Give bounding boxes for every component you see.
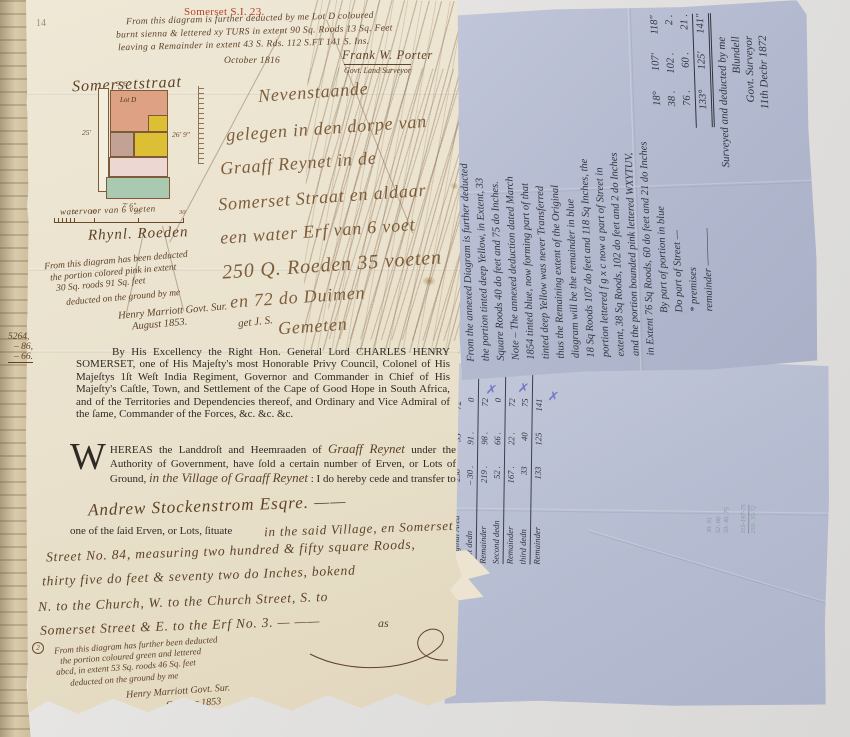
dimension-left: 25' [82,128,91,137]
note-marker: 2 [32,642,44,654]
blue-1872-page: From the annexed Diagram is further dedu… [446,0,821,380]
note-1872-region: From the annexed Diagram is further dedu… [452,10,812,366]
plot-pink [109,157,168,177]
ledger-number: 5264, [8,332,33,342]
dimension-right: 26' 9″ [172,130,190,139]
surveyor-signature: Frank W. Porter [342,48,433,63]
lot-d-label: Lot D [120,96,136,104]
surveyor-title: Govt. Land Surveyor [344,64,411,75]
pencil-notes: 30. 91 52- 66 33- 40. 75 115-197-75 250-… [706,461,753,534]
scale-tick: 30 [179,209,186,216]
situate-cursive: Street No. 84, measuring two hundred & f… [46,537,416,566]
printed-text: one of the ſaid Erven, or Lots, ſituate [70,525,232,537]
blue-calc-page: ✗ ✗ ✗ Original Area250°35'72″ first dedn… [442,357,833,709]
situate-cursive: in the said Village, en Somerset [264,518,454,541]
printed-text: HEREAS the Landdroſt and Heemraaden of [110,444,328,456]
scale-tick: 20 [134,209,141,216]
table-row: Remainder133125141 [531,375,547,565]
scale-bar: 5 10 20 30 [54,216,184,224]
printed-text: : I do hereby cede and transfer to [308,473,456,485]
dimension-top: 9' 6″ [116,79,130,88]
scale-bar-hatch [54,218,74,223]
whereas-clause: WHEREAS the Landdroſt and Heemraaden of … [70,442,456,487]
situate-cursive: thirty five do feet & seventy two do Inc… [42,563,356,590]
cursive-insert: Graaff Reynet [328,441,405,456]
ledger-numbers: 5264, – 86, – 66. [8,332,33,363]
situate-cursive: Somerset Street & E. to the Erf No. 3. —… [40,613,321,639]
fold-crease [589,530,829,604]
plot-mauve [110,132,134,157]
dropcap-w: W [70,442,110,472]
plot-yellow-2 [134,132,168,157]
plot-yellow-1 [148,115,168,132]
pencil-line: 115-197-75 [740,504,750,533]
plot-green [106,177,170,199]
area-table: Original Area250°35'72″ first dedn– 30 .… [450,373,553,564]
scale-unit-label: Rhynl. Roeden [88,224,189,244]
note-date: October 1853 [166,696,222,711]
note-date: October 1816 [224,56,280,66]
situate-cursive: N. to the Church, W. to the Church Stree… [38,589,329,615]
photograph-of-documents: ✗ ✗ ✗ Original Area250°35'72″ first dedn… [0,0,850,737]
flourish-initials: as [378,616,389,631]
hedge-symbol [198,86,204,164]
pencil-line: 250- 35-72 [750,462,760,534]
scale-tick: 10 [90,209,97,216]
area-table-region: Original Area250°35'72″ first dedn– 30 .… [450,373,553,564]
printed-proclamation: By His Excellency the Right Hon. General… [76,346,450,420]
cursive-insert: in the Village of Graaff Reynet [149,470,308,485]
ledger-number: – 66. [8,352,33,363]
ledger-number: – 86, [8,342,33,352]
page-number: 14 [36,18,46,29]
get-initials: get J. S. [237,314,273,330]
scale-tick: 5 [72,209,75,216]
grantee-name: Andrew Stockenstrom Esqre. —— [88,491,347,520]
note-1872-text: From the annexed Diagram is further dedu… [452,10,812,366]
pencil-notes-region: 30. 91 52- 66 33- 40. 75 115-197-75 250-… [706,461,753,534]
grant-document-page: 14 Somerset S.I. 23. From this diagram i… [26,0,462,724]
